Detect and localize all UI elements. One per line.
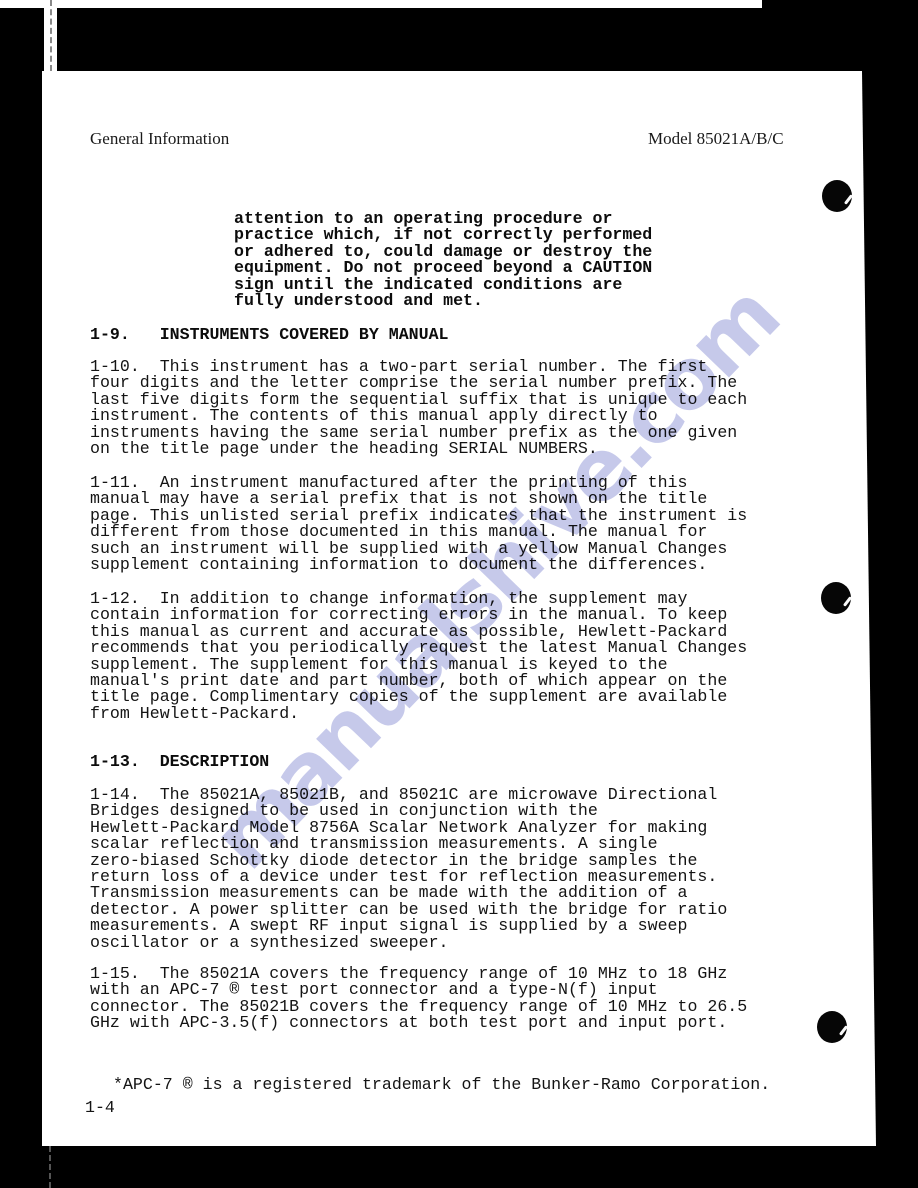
page-number: 1-4 — [85, 1100, 115, 1116]
binder-channel-bottom — [49, 1146, 51, 1188]
paragraph-1-14: 1-14. The 85021A, 85021B, and 85021C are… — [90, 787, 727, 951]
binder-perforation-line — [50, 0, 52, 71]
punch-hole — [817, 1011, 847, 1043]
binder-channel-top — [44, 0, 57, 71]
punch-hole — [822, 180, 852, 212]
header-left: General Information — [90, 129, 229, 149]
document-scan: General Information Model 85021A/B/C att… — [0, 0, 918, 1188]
section-1-13-heading: 1-13. DESCRIPTION — [90, 754, 269, 770]
header-right: Model 85021A/B/C — [648, 129, 784, 149]
paragraph-1-11: 1-11. An instrument manufactured after t… — [90, 475, 747, 573]
section-1-9-heading: 1-9. INSTRUMENTS COVERED BY MANUAL — [90, 327, 448, 343]
footnote: *APC-7 ® is a registered trademark of th… — [113, 1077, 770, 1093]
paragraph-1-10: 1-10. This instrument has a two-part ser… — [90, 359, 747, 457]
punch-hole — [821, 582, 851, 614]
caution-paragraph: attention to an operating procedure or p… — [234, 211, 652, 309]
paragraph-1-12: 1-12. In addition to change information,… — [90, 591, 747, 722]
scan-edge-strip — [0, 0, 762, 8]
paragraph-1-15: 1-15. The 85021A covers the frequency ra… — [90, 966, 747, 1032]
